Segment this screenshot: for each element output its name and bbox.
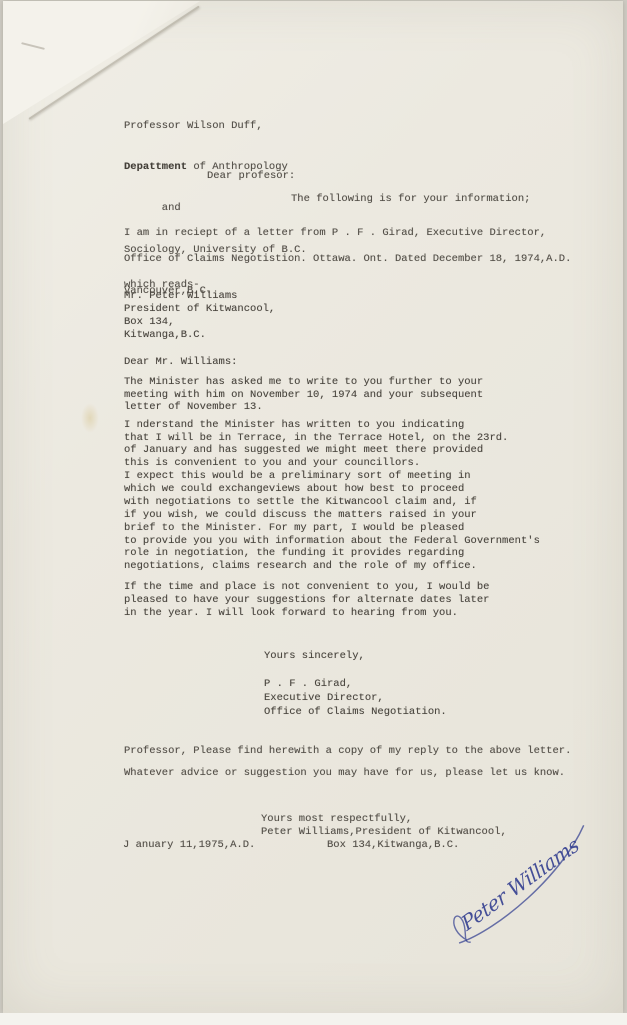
text-line: to provide you you with information abou…: [124, 535, 540, 548]
text-line: Professor, Please find herewith a copy o…: [124, 740, 571, 762]
text-line: I nderstand the Minister has written to …: [124, 419, 508, 432]
text-line: in the year. I will look forward to hear…: [124, 607, 489, 620]
intro-note: The following is for your information;: [291, 193, 530, 206]
text-line: Box 134,: [124, 316, 275, 329]
closing-address-line: Box 134,Kitwanga,B.C.: [327, 839, 459, 852]
text-line: if you wish, we could discuss the matter…: [124, 509, 540, 522]
text-line: The Minister has asked me to write to yo…: [124, 376, 483, 389]
quoted-paragraph-4: If the time and place is not convenient …: [124, 581, 489, 620]
closing-respectfully: Yours most respectfully,: [261, 813, 412, 826]
text-line: meeting with him on November 10, 1974 an…: [124, 389, 483, 402]
text-line: Office of Claims Negotiation.: [264, 705, 447, 719]
text-line: with negotiations to settle the Kitwanco…: [124, 496, 540, 509]
text-line: Kitwanga,B.C.: [124, 329, 275, 342]
text-line: negotiations, claims research and the ro…: [124, 560, 540, 573]
text-line: I am in reciept of a letter from P . F .…: [124, 220, 571, 246]
receipt-paragraph: I am in reciept of a letter from P . F .…: [124, 220, 571, 298]
text-line: Office of Claims Negotistion. Ottawa. On…: [124, 246, 571, 272]
quoted-paragraph-3: I expect this would be a preliminary sor…: [124, 470, 540, 573]
quoted-letter-salutation: Dear Mr. Williams:: [124, 356, 237, 369]
text-line: If the time and place is not convenient …: [124, 581, 489, 594]
text-line: role in negotiation, the funding it prov…: [124, 547, 540, 560]
text-line: letter of November 13.: [124, 401, 483, 414]
closing-date-line: J anuary 11,1975,A.D.: [123, 839, 255, 852]
text-line: this is convenient to you and your counc…: [124, 457, 508, 470]
text-line: pleased to have your suggestions for alt…: [124, 594, 489, 607]
quoted-paragraph-1: The Minister has asked me to write to yo…: [124, 376, 483, 414]
quoted-closing: Yours sincerely,: [264, 650, 365, 663]
text-line: President of Kitwancool,: [124, 303, 275, 316]
text-line: I expect this would be a preliminary sor…: [124, 470, 540, 483]
text-line: which we could exchangeviews about how b…: [124, 483, 540, 496]
text-line: of January and has suggested we might me…: [124, 444, 508, 457]
text-line: Whatever advice or suggestion you may ha…: [124, 762, 571, 784]
text-line: Mr. Peter Williams: [124, 290, 275, 303]
closing-name-line: Peter Williams,President of Kitwancool,: [261, 826, 507, 839]
text-line: that I will be in Terrace, in the Terrac…: [124, 432, 508, 445]
salutation: Dear profesor:: [207, 170, 295, 183]
text-line: brief to the Minister. For my part, I wo…: [124, 522, 540, 535]
quoted-paragraph-2: I nderstand the Minister has written to …: [124, 419, 508, 469]
text-line: P . F . Girad,: [264, 677, 447, 691]
quoted-letter-address: Mr. Peter WilliamsPresident of Kitwancoo…: [124, 290, 275, 342]
text-line: Professor Wilson Duff,: [124, 120, 307, 134]
text-line: and: [124, 202, 307, 216]
paper-stain: [81, 403, 99, 433]
quoted-signature-block: P . F . Girad,Executive Director,Office …: [264, 677, 447, 719]
postscript: Professor, Please find herewith a copy o…: [124, 740, 571, 784]
scan-edge-strip: [0, 1013, 627, 1025]
text-line: Executive Director,: [264, 691, 447, 705]
